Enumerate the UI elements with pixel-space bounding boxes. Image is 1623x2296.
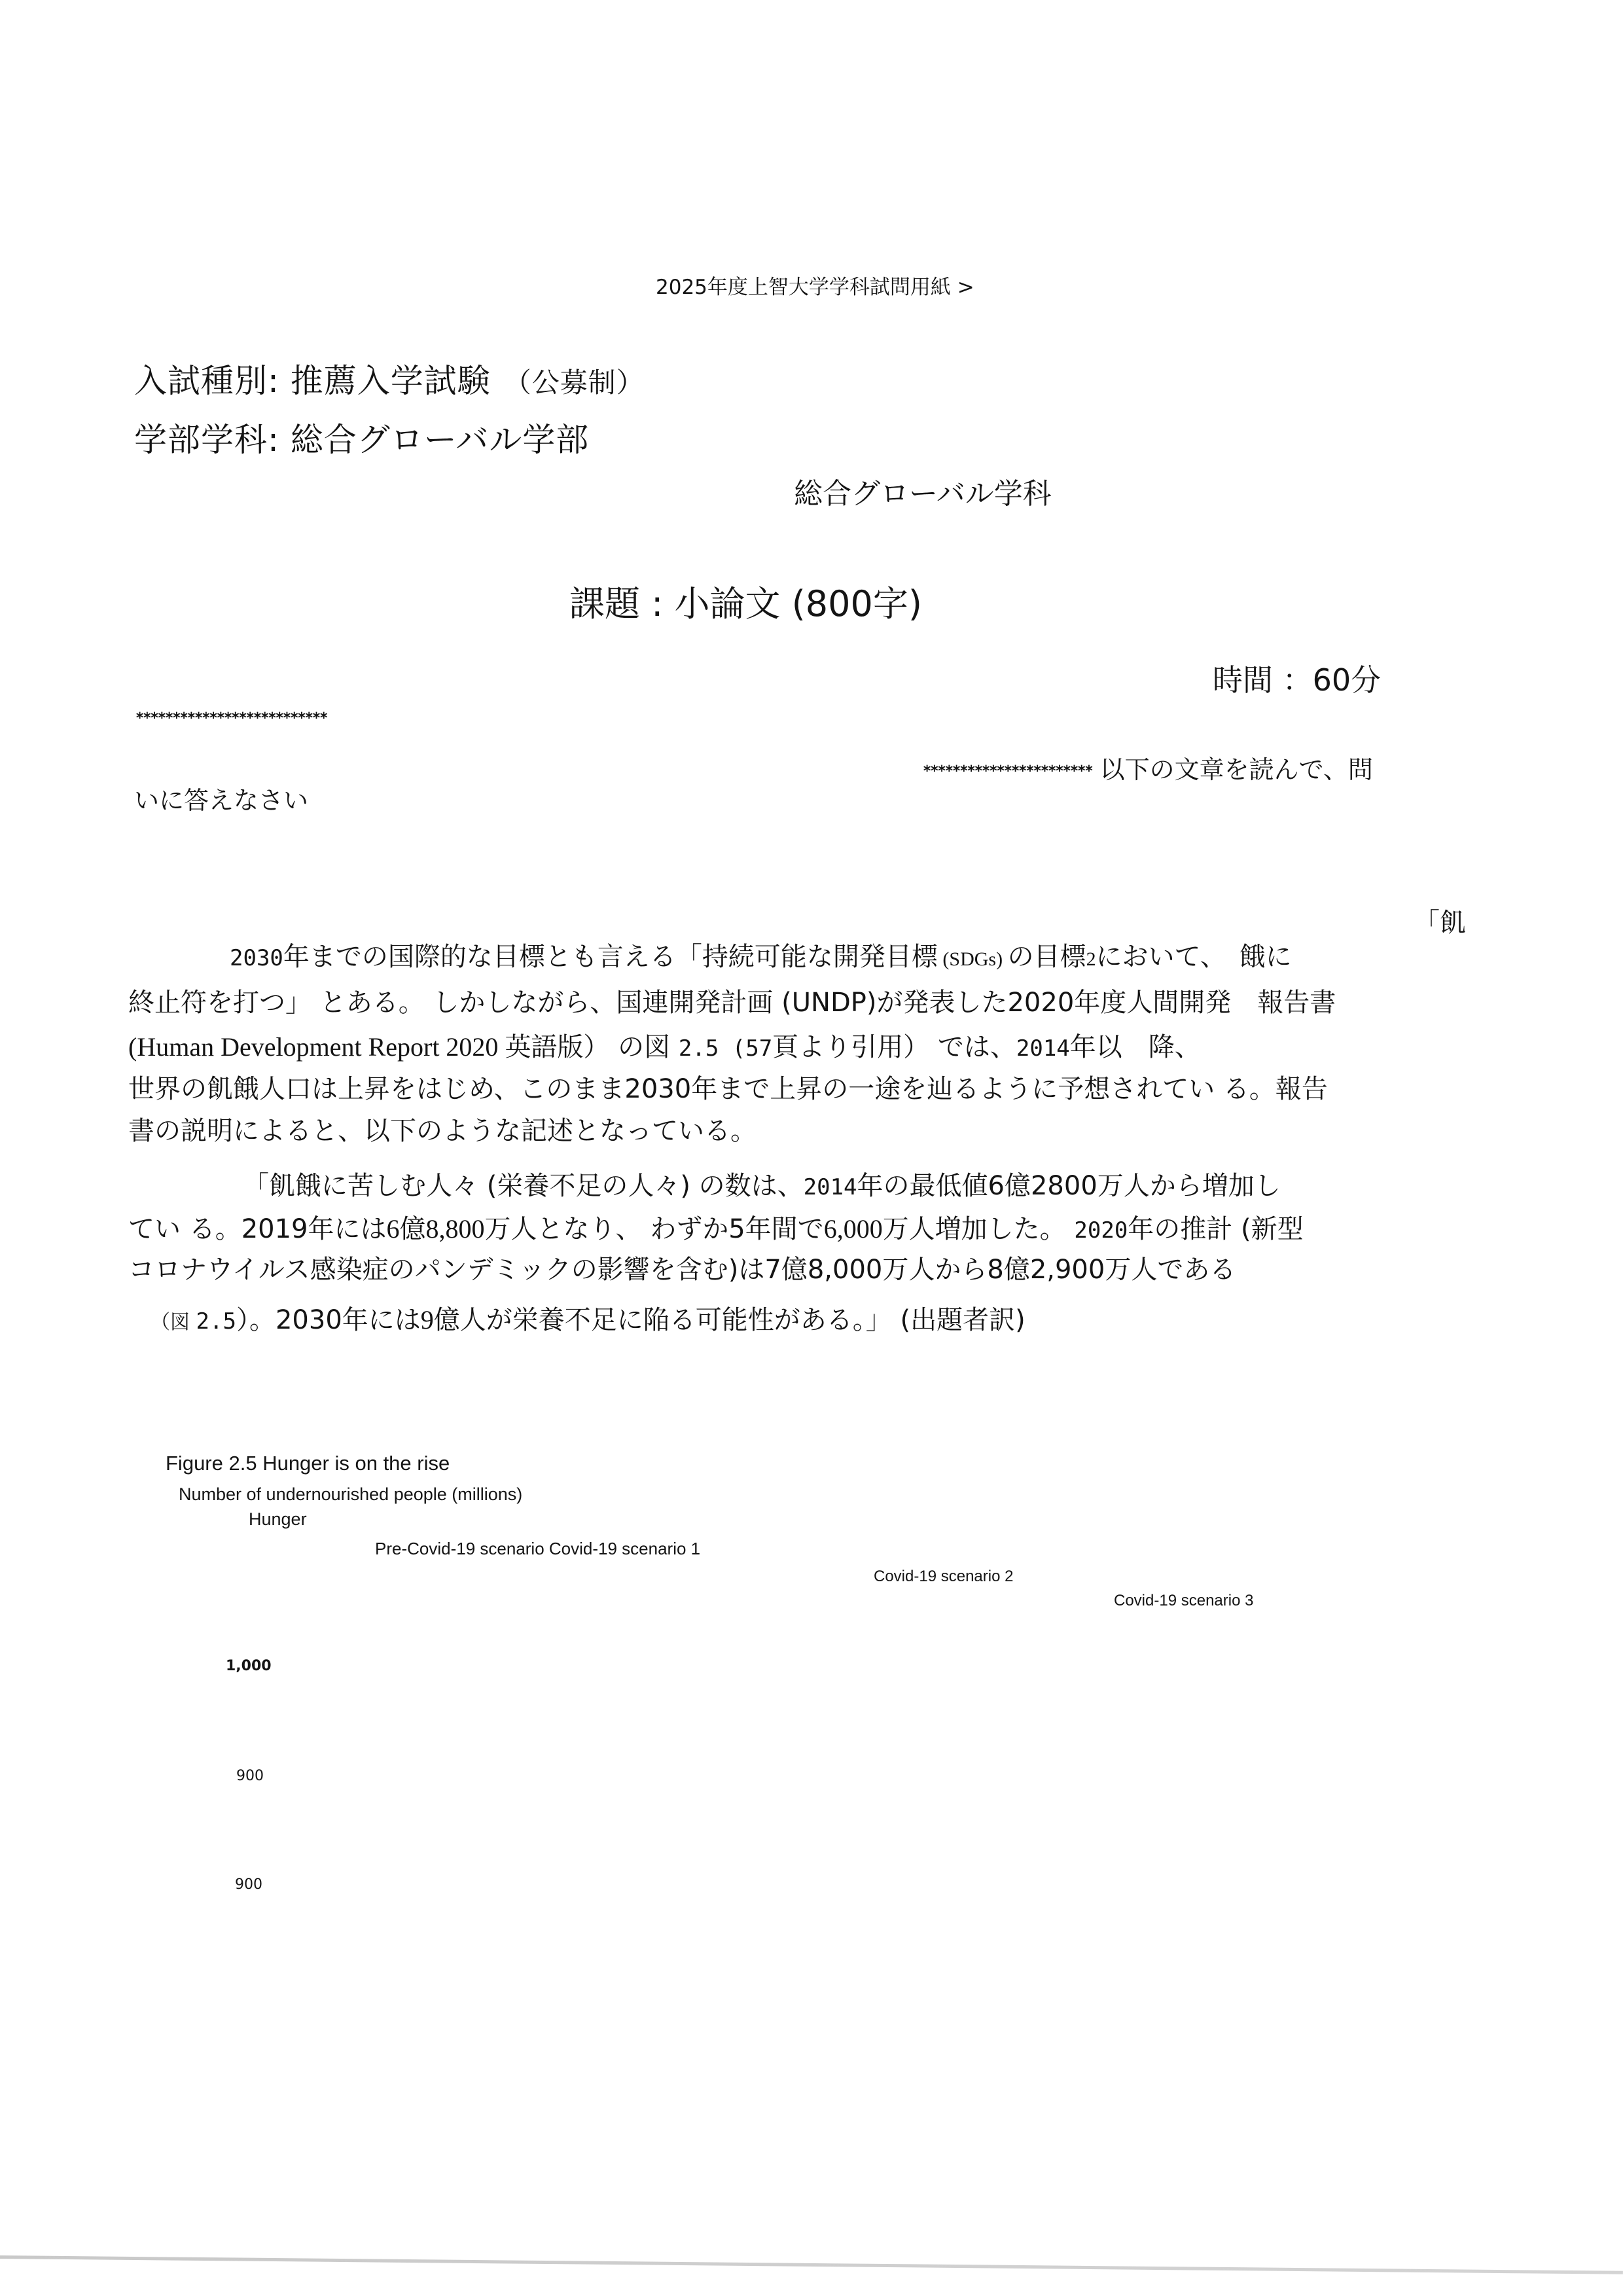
instruction-text: 以下の文章を読んで、問 <box>1100 755 1373 784</box>
text-run: 6億8,800 <box>387 1214 485 1244</box>
exam-header: 2025年度上智大学学科試問用紙 > <box>656 270 974 300</box>
text-run: てい る。2019年には <box>128 1214 387 1244</box>
separator-stars-left: ************************** <box>135 710 327 726</box>
text-run: (Human Development Report 2020 <box>128 1032 505 1062</box>
paragraph1-bracket: 「飢 <box>1414 902 1466 939</box>
text-run: 2020 <box>1074 1217 1128 1244</box>
paragraph1-line1: 2030年までの国際的な目標とも言える「持続可能な開発目標 (SDGs) の目標… <box>128 936 1292 973</box>
text-run: の目標 <box>1008 942 1086 972</box>
text-run: において、 餓に <box>1096 942 1292 972</box>
exam-type-paren: （公募制） <box>504 367 645 399</box>
text-run: 年の推計 (新型 <box>1128 1214 1303 1244</box>
paragraph1-line4: 世界の飢餓人口は上昇をはじめ、このまま2030年まで上昇の一途を辿るように予想さ… <box>128 1068 1328 1105</box>
paragraph1-line5: 書の説明によると、以下のような記述となっている。 <box>128 1110 757 1147</box>
text-run: 6,000 <box>824 1214 883 1244</box>
text-run: 2014 <box>1016 1035 1070 1062</box>
text-run: 億人が栄養不足に陥る可能性がある。」 (出題者訳) <box>434 1305 1026 1335</box>
figure-y-axis-label: Number of undernourished people (million… <box>179 1484 522 1505</box>
exam-type: 入試種別: 推薦入学試験（公募制） <box>134 355 645 402</box>
text-run: 頁より引用） では、 <box>772 1032 1016 1062</box>
text-run: 万人増加した。 <box>883 1214 1075 1244</box>
department-sub: 総合グローバル学科 <box>794 470 1052 512</box>
paragraph2-line3: コロナウイルス感染症のパンデミックの影響を含む)は7億8,000万人から8億2,… <box>128 1249 1236 1286</box>
text-run: （図 <box>151 1311 196 1334</box>
text-run: 英語版） の図 <box>505 1032 678 1062</box>
exam-type-label: 入試種別: 推薦入学試験 <box>134 362 491 400</box>
paragraph2-line4: （図 2.5）。2030年には9億人が栄養不足に陥る可能性がある。」 (出題者訳… <box>151 1299 1026 1336</box>
text-run: 2014 <box>804 1174 857 1200</box>
paragraph1-line3: (Human Development Report 2020 英語版） の図 2… <box>128 1026 1201 1064</box>
text-run: 2.5 <box>196 1308 236 1335</box>
legend-item-scenario3: Covid-19 scenario 3 <box>1114 1592 1253 1610</box>
department: 学部学科: 総合グローバル学部 <box>134 414 589 461</box>
separator-stars-right: *********************** <box>923 763 1092 780</box>
text-run: 2030 <box>230 945 283 971</box>
time-limit: 時間 ：60分 <box>1213 656 1381 700</box>
instruction-line: ***********************以下の文章を読んで、問 <box>923 749 1373 785</box>
y-tick-label: 1,000 <box>226 1658 272 1674</box>
paragraph1-line2: 終止符を打つ」 とある。 しかしながら、国連開発計画 (UNDP)が発表した20… <box>128 982 1336 1019</box>
text-run: 年以 降、 <box>1070 1032 1201 1062</box>
figure-title: Figure 2.5 Hunger is on the rise <box>166 1452 450 1475</box>
assignment-title: 課題 : 小論文 (800字) <box>569 576 922 626</box>
legend-item-scenario2: Covid-19 scenario 2 <box>874 1568 1013 1586</box>
y-tick-label: 900 <box>235 1876 262 1893</box>
text-run: 「飢餓に苦しむ人々 (栄養不足の人々) の数は、 <box>243 1171 804 1201</box>
legend-item-precovid-scenario1: Pre-Covid-19 scenario Covid-19 scenario … <box>375 1539 700 1559</box>
text-run: 年までの国際的な目標とも言える「持続可能な開発目標 <box>283 942 938 972</box>
text-run: 9 <box>421 1305 434 1335</box>
y-tick-label: 900 <box>236 1768 264 1784</box>
text-run: 2.5 (57 <box>679 1035 772 1062</box>
text-run: ）。2030年には <box>236 1305 421 1335</box>
paragraph2-line2: てい る。2019年には6億8,800万人となり、 わずか5年間で6,000万人… <box>128 1208 1304 1246</box>
figure-subtitle: Hunger <box>249 1509 307 1530</box>
scan-edge-line <box>0 2255 1623 2274</box>
instruction-continuation: いに答えなさい <box>134 780 308 816</box>
text-run: 万人となり、 わずか5年間で <box>485 1214 824 1244</box>
text-run: (SDGs) <box>938 948 1008 970</box>
paragraph2-line1: 「飢餓に苦しむ人々 (栄養不足の人々) の数は、2014年の最低値6億2800万… <box>128 1165 1281 1202</box>
text-run: 2 <box>1086 948 1096 970</box>
text-run: 年の最低値6億2800万人から増加し <box>857 1171 1281 1201</box>
